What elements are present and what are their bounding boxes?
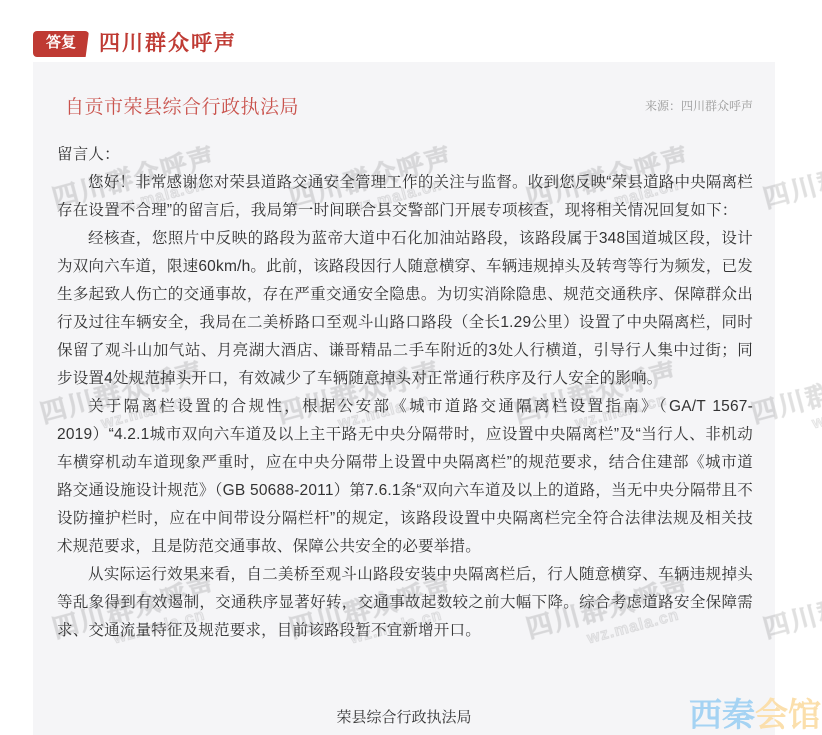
article-paragraph: 经核查，您照片中反映的路段为蓝帝大道中石化加油站路段，该路段属于348国道城区段… xyxy=(57,225,753,393)
article-source: 来源：四川群众呼声 xyxy=(645,97,753,114)
article-paragraph: 您好！非常感谢您对荣县道路交通安全管理工作的关注与监督。收到您反映“荣县道路中央… xyxy=(57,169,753,225)
page-header: 答复 四川群众呼声 xyxy=(33,31,237,57)
watermark-tile: 四川群众呼声wz.mala.cn xyxy=(273,0,450,18)
reply-badge: 答复 xyxy=(33,31,89,57)
article-body: 留言人：您好！非常感谢您对荣县道路交通安全管理工作的关注与监督。收到您反映“荣县… xyxy=(57,141,753,645)
article-title-row: 自贡市荣县综合行政执法局 来源：四川群众呼声 xyxy=(57,92,753,119)
article-card: 自贡市荣县综合行政执法局 来源：四川群众呼声 留言人：您好！非常感谢您对荣县道路… xyxy=(33,62,775,735)
article-paragraph: 从实际运行效果来看，自二美桥至观斗山路段安装中央隔离栏后，行人随意横穿、车辆违规… xyxy=(57,561,753,645)
page: 四川群众呼声wz.mala.cn四川群众呼声wz.mala.cn四川群众呼声wz… xyxy=(0,0,822,735)
watermark-tile: 四川群众呼声wz.mala.cn xyxy=(510,0,687,18)
article-title: 自贡市荣县综合行政执法局 xyxy=(65,92,299,119)
article-paragraph: 留言人： xyxy=(57,141,753,169)
article-signature: 荣县综合行政执法局 xyxy=(33,706,775,727)
watermark-tile: 四川群众呼声wz.mala.cn xyxy=(747,0,822,18)
article-paragraph: 关于隔离栏设置的合规性，根据公安部《城市道路交通隔离栏设置指南》（GA/T 15… xyxy=(57,393,753,561)
watermark-tile: 四川群众呼声wz.mala.cn xyxy=(36,0,213,18)
site-logo[interactable]: 四川群众呼声 xyxy=(99,32,237,56)
